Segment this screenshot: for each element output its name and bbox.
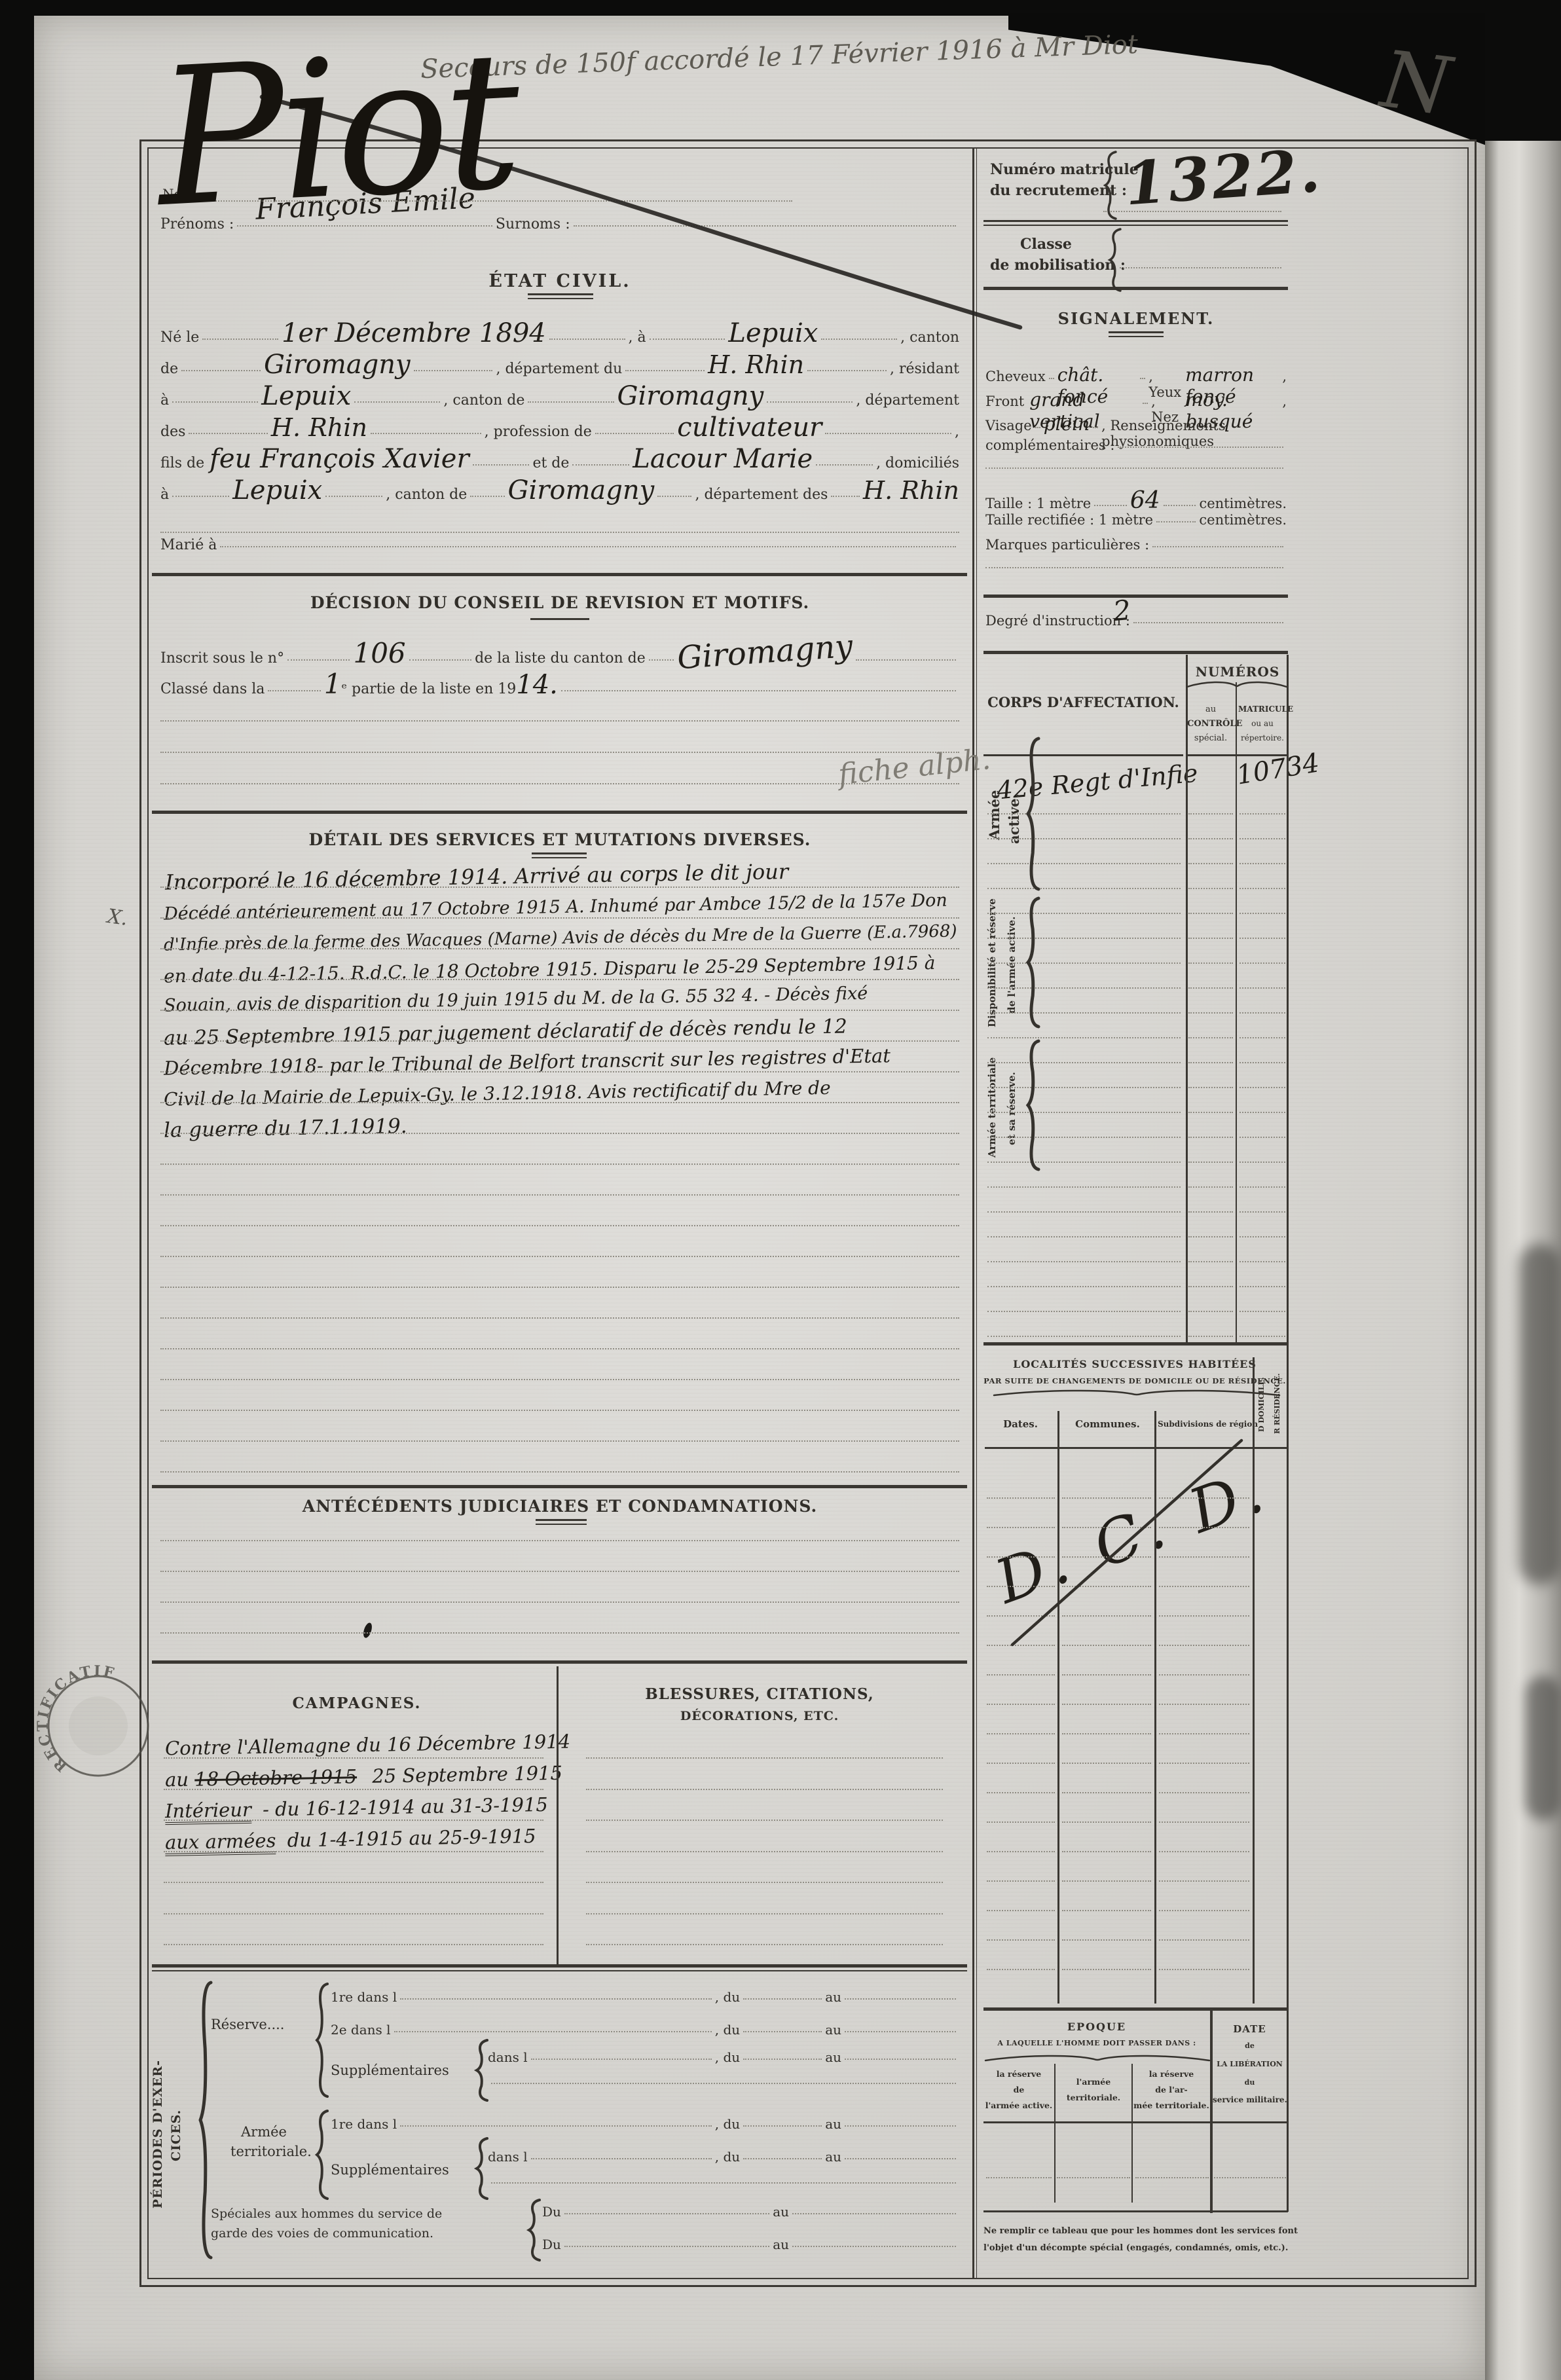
- dotted-line: [1240, 961, 1285, 964]
- dotted-line: [1062, 1643, 1151, 1646]
- dotted-line: [987, 1968, 1055, 1970]
- partie-value: 1: [324, 668, 342, 700]
- garde-row-1: Du au: [542, 2204, 959, 2220]
- controle-head-2: CONTRÔLE: [1187, 719, 1234, 729]
- dotted-line: [160, 1254, 959, 1257]
- residence-col-label: R RÉSIDENCE.: [1273, 1363, 1281, 1444]
- dept-des-label: , département des: [695, 486, 828, 503]
- dept2-label: , département: [856, 392, 959, 409]
- dotted-line: [160, 1439, 959, 1442]
- interieur-word: Intérieur: [165, 1799, 251, 1825]
- dotted-line: [1135, 2176, 1209, 2178]
- rule: [152, 1964, 967, 1968]
- matricule-value: 1322.: [1123, 136, 1325, 219]
- classe-row: Classé dans la 1 ᵉ partie de la liste en…: [160, 668, 959, 700]
- dotted-line: [987, 911, 1181, 914]
- dotted-line: [1159, 1791, 1249, 1793]
- dotted-line: [1188, 936, 1233, 939]
- dotted-line: [586, 1756, 943, 1759]
- dotted-line: [987, 1584, 1055, 1587]
- dotted-line: [1188, 1235, 1233, 1237]
- au-label: au: [825, 2049, 841, 2065]
- aux-armees-word: aux armées: [165, 1829, 276, 1856]
- rule: [1287, 655, 1289, 2212]
- domicilies-label: , domiciliés: [876, 455, 959, 471]
- matricule-label-1: Numéro matricule: [990, 161, 1139, 178]
- dotted-line: [1188, 1185, 1233, 1188]
- domicile-col-label: D DOMICILE.: [1257, 1366, 1266, 1443]
- group3-label-b: et sa réserve.: [1006, 1052, 1018, 1166]
- dotted-line: [1062, 1584, 1151, 1587]
- localites-title-2: PAR SUITE DE CHANGEMENTS DE DOMICILE OU …: [983, 1376, 1286, 1385]
- dotted-line: [160, 1162, 959, 1165]
- inscrit-label: Inscrit sous le n°: [160, 650, 284, 667]
- rule: [1186, 655, 1188, 1344]
- dotted-line: [164, 1880, 543, 1883]
- dotted-line: [1062, 1673, 1151, 1675]
- dotted-line: [1159, 1584, 1249, 1587]
- epoque-note-2: l'objet d'un décompte spécial (engagés, …: [983, 2243, 1286, 2253]
- liste-canton-label: de la liste du canton de: [475, 650, 646, 667]
- corrected-date: 25 Septembre 1915: [372, 1762, 562, 1787]
- dotted-line: [987, 1909, 1055, 1911]
- rule: [536, 1524, 587, 1525]
- du-cap-label: Du: [542, 2204, 561, 2220]
- dotted-line: [1214, 2176, 1286, 2178]
- a3-label: à: [160, 486, 169, 503]
- dotted-line: [160, 1378, 959, 1380]
- dotted-line: [987, 1210, 1181, 1213]
- dotted-line: [985, 466, 1283, 469]
- dotted-line: [1240, 1210, 1285, 1213]
- dotted-line: [987, 1285, 1181, 1287]
- rule: [983, 220, 1288, 222]
- localites-title-1: LOCALITÉS SUCCESSIVES HABITÉES: [983, 1358, 1286, 1370]
- epoque-note-1: Ne remplir ce tableau que pour les homme…: [983, 2226, 1286, 2236]
- dotted-line: [160, 1600, 959, 1603]
- fils-de-label: fils de: [160, 455, 204, 471]
- dotted-line: [1188, 1260, 1233, 1262]
- dotted-line: [164, 1943, 543, 1945]
- dotted-line: [1188, 1135, 1233, 1138]
- degre-row: Degré d'instruction :: [985, 613, 1287, 629]
- matricule-head-3: répertoire.: [1238, 733, 1287, 742]
- matricule-head-1: MATRICULE: [1238, 705, 1287, 714]
- dotted-line: [1062, 1702, 1151, 1705]
- dotted-line: [1062, 1879, 1151, 1882]
- dotted-line: [586, 1912, 943, 1914]
- dotted-line: [1188, 812, 1233, 815]
- surname-script: Piot: [152, 10, 521, 249]
- marie-row: Marié à: [160, 537, 959, 553]
- dotted-line: [160, 1470, 959, 1473]
- du-label: , du: [715, 2049, 740, 2065]
- controle-head-1: au: [1187, 705, 1234, 714]
- a2-label: à: [160, 392, 169, 409]
- dotted-line: [987, 1160, 1181, 1163]
- dotted-line: [160, 1101, 959, 1103]
- rule: [528, 293, 593, 295]
- rule: [1154, 1411, 1156, 2004]
- dotted-line: [1240, 1061, 1285, 1063]
- rule: [536, 1519, 587, 1521]
- matricule-label-2: du recrutement :: [990, 182, 1127, 199]
- de-label: de: [160, 361, 178, 377]
- rule: [1236, 682, 1237, 1344]
- dotted-line: [160, 782, 959, 784]
- dotted-line: [160, 1569, 959, 1572]
- epoque-title-1: EPOQUE: [983, 2021, 1210, 2033]
- dotted-line: [987, 1614, 1055, 1617]
- numeros-title: NUMÉROS: [1187, 664, 1288, 680]
- column-divider: [972, 147, 974, 2279]
- dotted-line: [160, 750, 959, 753]
- residant-label: , résidant: [890, 361, 959, 377]
- date-lib-2: de: [1213, 2041, 1287, 2050]
- rule: [152, 1660, 967, 1664]
- dotted-line: [987, 862, 1181, 864]
- canton-label: , canton: [900, 329, 959, 346]
- rule: [1131, 2064, 1133, 2203]
- dotted-line: [1188, 1061, 1233, 1063]
- dotted-line: [987, 1555, 1055, 1558]
- dotted-line: [1188, 911, 1233, 914]
- dotted-line: [1188, 1086, 1233, 1088]
- dotted-line: [987, 1334, 1181, 1337]
- rule: [983, 754, 1183, 756]
- rule: [983, 595, 1288, 598]
- dotted-line: [987, 1061, 1181, 1063]
- dotted-line: [987, 1235, 1181, 1237]
- dotted-line: [987, 1938, 1055, 1941]
- dotted-line: [987, 1526, 1055, 1528]
- communes-col-header: Communes.: [1061, 1418, 1154, 1430]
- etat-line-6: à Lepuix , canton de Giromagny , départe…: [160, 475, 959, 505]
- du-cap-label: Du: [542, 2237, 561, 2252]
- au-label: au: [773, 2204, 789, 2220]
- dotted-line: [160, 1193, 959, 1196]
- canton2-value: Giromagny: [617, 381, 764, 411]
- classe-label-1: Classe: [1020, 236, 1072, 253]
- epoque-col3-a: la réserve: [1133, 2069, 1210, 2079]
- dotted-line: [1240, 1235, 1285, 1237]
- classe-label-2: de mobilisation :: [990, 257, 1126, 274]
- dotted-line: [160, 1316, 959, 1319]
- dotted-line: [1159, 1526, 1249, 1528]
- dotted-line: [987, 1135, 1181, 1138]
- dotted-line: [1159, 1643, 1249, 1646]
- corner-letter-n: N: [1376, 34, 1456, 133]
- dotted-line: [1188, 1334, 1233, 1337]
- epoque-col1-a: la réserve: [983, 2069, 1054, 2079]
- dotted-line: [160, 1347, 959, 1349]
- rule: [152, 573, 967, 576]
- dotted-line: [1159, 1555, 1249, 1558]
- signalement-title: SIGNALEMENT.: [985, 309, 1287, 328]
- dotted-line: [1240, 1260, 1285, 1262]
- dotted-line: [160, 1539, 959, 1541]
- dotted-line: [586, 1850, 943, 1852]
- dotted-line: [1188, 1036, 1233, 1038]
- ne-le-label: Né le: [160, 329, 199, 346]
- annee-value: 14.: [516, 670, 558, 700]
- rule: [530, 618, 589, 620]
- au-label: au: [825, 2022, 841, 2038]
- marques-row: Marques particulières :: [985, 537, 1287, 553]
- birth-date-value: 1er Décembre 1894: [282, 318, 546, 348]
- dotted-line: [160, 1224, 959, 1226]
- dotted-line: [987, 1036, 1181, 1038]
- dotted-line: [160, 1631, 959, 1634]
- dotted-line: [1062, 1555, 1151, 1558]
- dotted-line: [1062, 1938, 1151, 1941]
- dotted-line: [1103, 210, 1281, 212]
- rule: [985, 1447, 1287, 1449]
- dotted-line: [1159, 1850, 1249, 1852]
- epoque-col1-c: l'armée active.: [983, 2100, 1054, 2110]
- etat-line-1: Né le 1er Décembre 1894 , à Lepuix , can…: [160, 318, 959, 348]
- margin-x-mark: X.: [106, 905, 129, 930]
- dotted-line: [1159, 1879, 1249, 1882]
- dotted-line: [1159, 1909, 1249, 1911]
- scanned-military-register-page: { "note_top": "Secours de 150f accordé l…: [0, 0, 1561, 2380]
- rule: [983, 2121, 1211, 2123]
- du-label: , du: [715, 2022, 740, 2038]
- epoque-col2-a: l'armée: [1056, 2077, 1131, 2087]
- premiere-dans-label: 1re dans l: [331, 1989, 397, 2005]
- complementaires-label: complémentaires :: [985, 437, 1114, 453]
- dotted-line: [1062, 1732, 1151, 1734]
- corps-title: CORPS D'AFFECTATION.: [983, 694, 1183, 710]
- du-label: , du: [715, 1989, 740, 2005]
- cm-label-2: centimètres.: [1199, 512, 1287, 528]
- dotted-line: [160, 978, 959, 980]
- canton-de2-label: , canton de: [386, 486, 467, 503]
- dotted-line: [1240, 887, 1285, 889]
- du-label: , du: [715, 2116, 740, 2132]
- degre-label: Degré d'instruction :: [985, 613, 1130, 629]
- dotted-line: [1159, 1761, 1249, 1764]
- dotted-line: [1188, 1110, 1233, 1113]
- au-label: au: [825, 1989, 841, 2005]
- antecedents-title: ANTÉCÉDENTS JUDICIAIRES ET CONDAMNATIONS…: [160, 1497, 959, 1516]
- dotted-line: [160, 1408, 959, 1411]
- dotted-line: [1240, 862, 1285, 864]
- decision-title: DÉCISION DU CONSEIL DE REVISION ET MOTIF…: [160, 593, 959, 612]
- dotted-line: [1188, 986, 1233, 989]
- dept3-value: H. Rhin: [271, 413, 367, 442]
- armee-terr-label-2: territoriale.: [230, 2144, 312, 2159]
- dotted-line: [160, 530, 959, 533]
- profession-value: cultivateur: [677, 412, 822, 443]
- date-lib-5: service militaire.: [1213, 2095, 1287, 2104]
- scan-edge-left: [0, 0, 34, 2380]
- rule: [152, 811, 967, 814]
- dotted-line: [586, 1818, 943, 1821]
- campagnes-title: CAMPAGNES.: [160, 1694, 553, 1712]
- rule: [532, 857, 587, 858]
- dotted-line: [1188, 1011, 1233, 1014]
- suppl-row-1-blank: [488, 2085, 959, 2086]
- dotted-line: [1240, 812, 1285, 815]
- supplementaires-label-2: Supplémentaires: [331, 2162, 449, 2178]
- dotted-line: [987, 1673, 1055, 1675]
- dotted-line: [987, 961, 1181, 964]
- matricule-head-2: ou au: [1238, 719, 1287, 728]
- armee-terr-label-1: Armée: [241, 2124, 287, 2140]
- rule: [1210, 2011, 1213, 2213]
- dotted-line: [160, 1039, 959, 1042]
- suppl-row-2-blank: [488, 2184, 959, 2186]
- dotted-line: [1188, 961, 1233, 964]
- dotted-line: [164, 1912, 543, 1914]
- dotted-line: [160, 1070, 959, 1072]
- classe-dans-label: Classé dans la: [160, 681, 265, 697]
- residence-value: Lepuix: [261, 381, 351, 411]
- suppl-row-2: dans l , du au: [488, 2149, 959, 2165]
- dotted-line: [160, 885, 959, 888]
- taille-label: Taille : 1 mètre: [985, 496, 1091, 511]
- periodes-vertical-label-2: CICES.: [169, 2093, 183, 2178]
- mother-value: Lacour Marie: [633, 444, 813, 474]
- dotted-line: [1240, 1334, 1285, 1337]
- dotted-line: [1062, 1968, 1151, 1970]
- rule: [1253, 1357, 1255, 2004]
- reserve-row-2: 2e dans l , du au: [331, 2022, 959, 2038]
- dotted-line: [1062, 1850, 1151, 1852]
- dotted-line: [987, 1732, 1055, 1734]
- taille-value: 64: [1130, 487, 1160, 514]
- dotted-line: [987, 1879, 1055, 1882]
- dotted-line: [986, 2176, 1052, 2178]
- suppl-row-1: dans l , du au: [488, 2049, 959, 2065]
- a-label: , à: [629, 329, 646, 346]
- etat-line-5: fils de feu François Xavier et de Lacour…: [160, 444, 959, 474]
- dotted-line: [1188, 1285, 1233, 1287]
- dotted-line: [1240, 936, 1285, 939]
- dotted-line: [987, 1496, 1055, 1499]
- dotted-line: [1062, 1496, 1151, 1499]
- dotted-line: [1159, 1614, 1249, 1617]
- et-de-label: et de: [532, 455, 569, 471]
- taille-rectifiee-label: Taille rectifiée : 1 mètre: [985, 512, 1153, 528]
- rule: [1109, 336, 1164, 337]
- rule: [983, 651, 1288, 654]
- dotted-line: [1062, 1791, 1151, 1793]
- rule: [152, 1485, 967, 1488]
- page-shadow-blob-2: [1526, 1676, 1561, 1820]
- group2-label-b: de l'armée active.: [1006, 907, 1018, 1022]
- cheveux-label: Cheveux: [985, 369, 1046, 384]
- dotted-line: [987, 1309, 1181, 1312]
- etat-civil-title: ÉTAT CIVIL.: [160, 271, 959, 291]
- dotted-line: [987, 812, 1181, 815]
- partie-label: ᵉ partie de la liste en 19: [342, 681, 517, 697]
- dotted-line: [987, 1850, 1055, 1852]
- canton-value: Giromagny: [264, 350, 411, 380]
- comma: ,: [1282, 394, 1287, 409]
- dotted-line: [1240, 1309, 1285, 1312]
- epoque-col1-b: de: [983, 2085, 1054, 2095]
- date-lib-3: LA LIBÉRATION: [1213, 2060, 1287, 2068]
- dotted-line: [1159, 1673, 1249, 1675]
- dotted-line: [1240, 1160, 1285, 1163]
- dotted-line: [1062, 1909, 1151, 1911]
- dotted-line: [1159, 1496, 1249, 1499]
- dotted-line: [1240, 1086, 1285, 1088]
- degre-value: 2: [1112, 594, 1132, 627]
- canton-de-label: , canton de: [443, 392, 524, 409]
- dotted-line: [987, 1791, 1055, 1793]
- aux-armees-dates: du 1-4-1915 au 25-9-1915: [287, 1825, 536, 1852]
- dotted-line: [1062, 1526, 1151, 1528]
- rule: [1213, 2121, 1288, 2123]
- dotted-leader: [574, 225, 956, 227]
- dotted-line: [987, 1643, 1055, 1646]
- father-value: feu François Xavier: [210, 444, 469, 474]
- reserve-row-1: 1re dans l , du au: [331, 1989, 959, 2005]
- dotted-line: [586, 1880, 943, 1883]
- comma: ,: [1282, 369, 1287, 384]
- dotted-line: [1240, 986, 1285, 989]
- dept-value: H. Rhin: [708, 350, 804, 379]
- dotted-line: [987, 936, 1181, 939]
- dept4-value: H. Rhin: [863, 476, 959, 505]
- rule: [152, 1970, 967, 1971]
- dotted-line: [164, 1850, 543, 1852]
- dotted-line: [1188, 862, 1233, 864]
- dotted-line: [987, 1185, 1181, 1188]
- dans-label: dans l: [488, 2149, 528, 2165]
- epoque-title-2: A LAQUELLE L'HOMME DOIT PASSER DANS :: [983, 2039, 1210, 2047]
- dotted-line: [987, 1086, 1181, 1088]
- dotted-line: [164, 1818, 543, 1821]
- cm-label: centimètres.: [1199, 496, 1287, 511]
- marques-label: Marques particulières :: [985, 537, 1149, 553]
- visage-value: plein: [1044, 413, 1090, 435]
- garde-row-2: Du au: [542, 2237, 959, 2252]
- next-page-edge-top: [1485, 0, 1561, 141]
- dotted-line: [1240, 1110, 1285, 1113]
- terr-row-1: 1re dans l , du au: [331, 2116, 959, 2132]
- date-lib-4: du: [1213, 2078, 1287, 2087]
- rule: [983, 2210, 1288, 2212]
- speciales-label-1: Spéciales aux hommes du service de: [211, 2206, 442, 2221]
- dotted-line: [987, 1761, 1055, 1764]
- sig-line-4: complémentaires :: [985, 437, 1287, 453]
- deuxieme-dans-label: 2e dans l: [331, 2022, 391, 2038]
- date-lib-1: DATE: [1213, 2023, 1287, 2035]
- du-label: , du: [715, 2149, 740, 2165]
- dotted-line: [1240, 911, 1285, 914]
- etat-line-4: des H. Rhin , profession de cultivateur …: [160, 412, 959, 443]
- dotted-line: [160, 1285, 959, 1288]
- etat-line-3: à Lepuix , canton de Giromagny , départe…: [160, 381, 959, 411]
- column-divider-thin: [976, 147, 977, 2279]
- comma: ,: [955, 424, 959, 440]
- epoque-col2-b: territoriale.: [1056, 2093, 1131, 2102]
- canton3-value: Giromagny: [508, 475, 655, 505]
- dotted-line: [1159, 1820, 1249, 1823]
- dotted-line: [1057, 2176, 1130, 2178]
- dotted-line: [987, 1011, 1181, 1014]
- rule: [983, 287, 1288, 290]
- au-label: au: [773, 2237, 789, 2252]
- rule: [532, 852, 587, 854]
- speciales-label-2: garde des voies de communication.: [211, 2226, 433, 2241]
- dept-label: , département du: [496, 361, 622, 377]
- taille-rect-row: Taille rectifiée : 1 mètre centimètres.: [985, 512, 1287, 528]
